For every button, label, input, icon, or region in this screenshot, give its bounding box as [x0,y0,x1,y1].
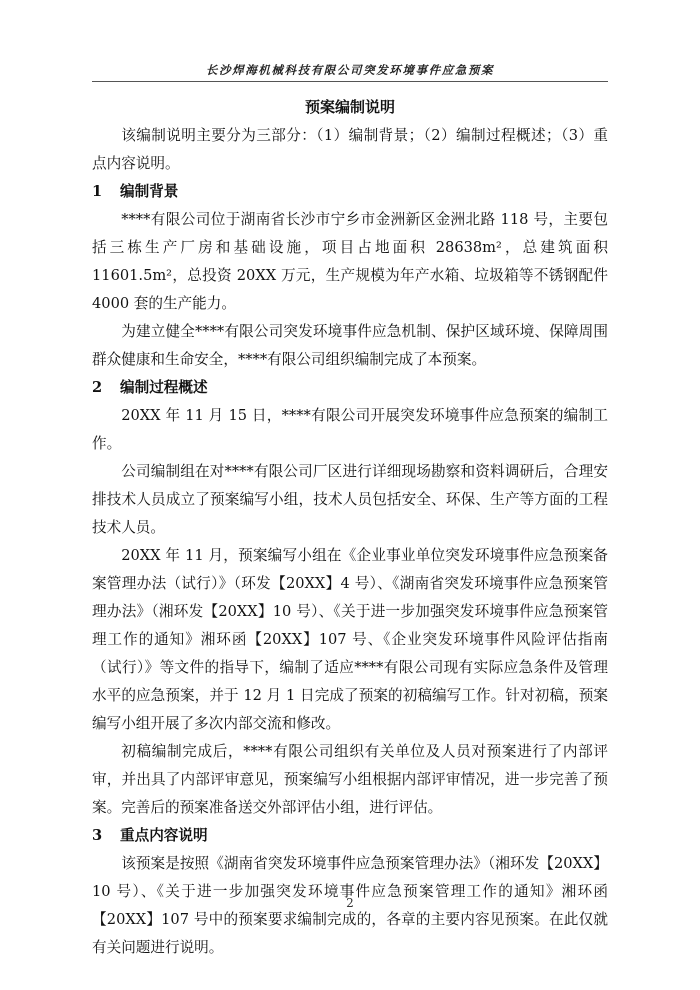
section-1: 1编制背景 ****有限公司位于湖南省长沙市宁乡市金洲新区金洲北路 118 号，… [92,178,608,374]
paragraph: 20XX 年 11 月，预案编写小组在《企业事业单位突发环境事件应急预案备案管理… [92,542,608,738]
section-number: 1 [92,178,120,206]
section-heading: 1编制背景 [92,178,608,206]
section-heading: 2编制过程概述 [92,374,608,402]
section-number: 2 [92,374,120,402]
section-heading: 3重点内容说明 [92,822,608,850]
section-title: 编制过程概述 [120,379,208,396]
paragraph: 为建立健全****有限公司突发环境事件应急机制、保护区域环境、保障周围群众健康和… [92,318,608,374]
intro-paragraph: 该编制说明主要分为三部分：（1）编制背景；（2）编制过程概述；（3）重点内容说明… [92,122,608,178]
running-header: 长沙焊海机械科技有限公司突发环境事件应急预案 [92,62,608,78]
section-title: 重点内容说明 [120,827,208,844]
paragraph: ****有限公司位于湖南省长沙市宁乡市金洲新区金洲北路 118 号，主要包括三栋… [92,206,608,318]
section-title: 编制背景 [120,183,178,200]
document-page: 长沙焊海机械科技有限公司突发环境事件应急预案 预案编制说明 该编制说明主要分为三… [0,0,700,990]
page-title: 预案编制说明 [92,96,608,117]
section-3: 3重点内容说明 该预案是按照《湖南省突发环境事件应急预案管理办法》（湘环发【20… [92,822,608,962]
paragraph: 公司编制组在对****有限公司厂区进行详细现场勘察和资料调研后，合理安排技术人员… [92,458,608,542]
paragraph: 初稿编制完成后，****有限公司组织有关单位及人员对预案进行了内部评审，并出具了… [92,738,608,822]
header-divider [92,81,608,82]
paragraph: 20XX 年 11 月 15 日，****有限公司开展突发环境事件应急预案的编制… [92,402,608,458]
page-number: 2 [0,896,700,910]
section-number: 3 [92,822,120,850]
section-2: 2编制过程概述 20XX 年 11 月 15 日，****有限公司开展突发环境事… [92,374,608,822]
document-body: 该编制说明主要分为三部分：（1）编制背景；（2）编制过程概述；（3）重点内容说明… [92,122,608,962]
